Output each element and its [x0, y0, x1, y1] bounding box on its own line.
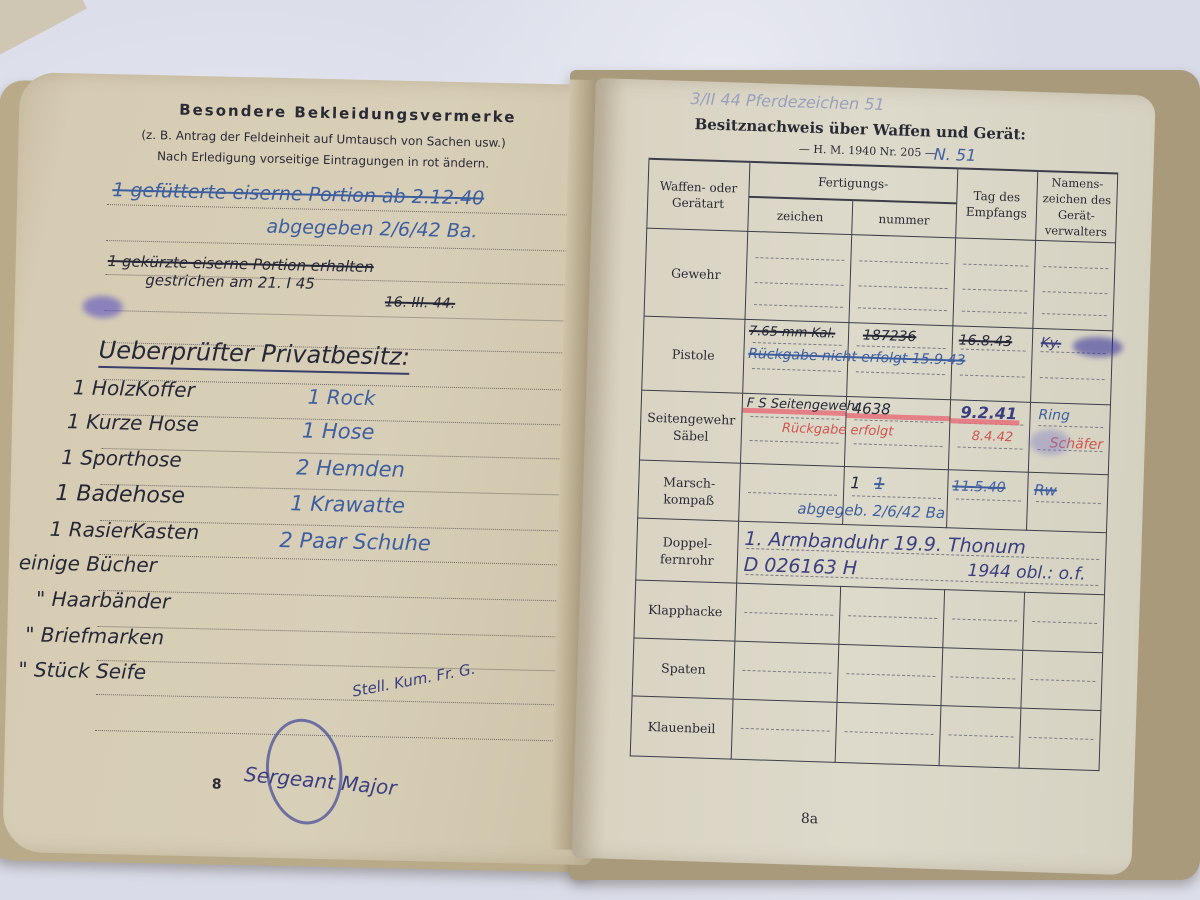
page-number-left: 8 — [212, 777, 222, 793]
faint-pencil-note: 3/II 44 Pferdezeichen 51 — [690, 89, 885, 114]
compass-date: 11.5.40 — [952, 478, 1006, 496]
cell-signature: Ring Schäfer — [1028, 402, 1110, 474]
cell-zeichen — [731, 699, 837, 762]
table-row: Gewehr — [644, 228, 1116, 331]
left-page-title: Besondere Bekleidungsvermerke — [179, 101, 517, 127]
pistol-caliber: 7.65 mm Kal. — [749, 324, 836, 342]
private-item-left: " Stück Seife — [18, 657, 146, 684]
ruled-line — [106, 240, 566, 251]
pistol-date: 16.8.43 — [959, 333, 1013, 351]
cell-zeichen: F S Seitengewehr Rückgabe erfolgt — [740, 393, 846, 466]
row-category: Gewehr — [644, 228, 748, 319]
private-item-right: 1 Rock — [307, 385, 375, 411]
bayonet-return-date: 8.4.42 — [972, 429, 1014, 445]
ruled-line — [99, 554, 559, 565]
private-item-right: 2 Hemden — [296, 455, 405, 481]
row-category: Klauenbeil — [630, 696, 733, 759]
row-category: Marsch- kompaß — [638, 460, 741, 521]
header-date: Tag des Empfangs — [955, 168, 1037, 240]
cell-date: 16.8.43 — [950, 326, 1032, 402]
cell-zeichen — [735, 583, 841, 644]
cell-nummer — [835, 702, 941, 765]
private-item-left: 1 Badehose — [55, 481, 185, 509]
cell-zeichen — [733, 641, 839, 702]
regulation-reference: — H. M. 1940 Nr. 205 — — [799, 142, 936, 159]
cell-signature — [1033, 240, 1116, 330]
cell-date: 9.2.41 8.4.42 — [948, 400, 1030, 472]
compass-initials: Rw — [1034, 481, 1057, 500]
handwritten-entry: abgegeben 2/6/42 Ba. — [266, 216, 477, 243]
private-item-right: 1 Hose — [302, 418, 375, 444]
watch-date-note: 1944 obl.: o.f. — [967, 561, 1086, 585]
handwritten-entry-struck: 16. III. 44. — [385, 294, 456, 312]
ruled-line — [97, 626, 557, 637]
cell-signature: Ky. — [1030, 328, 1112, 404]
cell-date: 11.5.40 abgegeb. 2/6/42 Ba — [946, 470, 1028, 530]
header-nummer: nummer — [852, 200, 957, 238]
row-category: Seitengewehr Säbel — [640, 390, 743, 463]
private-item-left: 1 RasierKasten — [49, 517, 199, 544]
row-category: Doppel- fernrohr — [636, 518, 739, 583]
cell-date — [941, 648, 1023, 708]
header-zeichen: zeichen — [748, 197, 853, 235]
cell-nummer: 187236 — [846, 323, 952, 400]
bayonet-initials: Ring — [1038, 407, 1070, 424]
bayonet-number: 4638 — [852, 399, 891, 418]
watch-entry-line1: 1. Armbanduhr 19.9. Thonum — [744, 528, 1026, 559]
bayonet-date: 9.2.41 — [960, 403, 1017, 424]
right-page-title: Besitznachweis über Waffen und Gerät: — [694, 115, 1026, 143]
private-item-left: 1 Sporthose — [61, 445, 182, 472]
ruled-line — [96, 694, 556, 705]
tablecloth-corner — [0, 0, 87, 65]
cell-zeichen — [745, 231, 852, 322]
cell-date — [939, 706, 1021, 768]
ink-smudge — [82, 295, 122, 318]
ruled-line — [97, 660, 557, 671]
left-page-instructions: (z. B. Antrag der Feldeinheit auf Umtaus… — [123, 124, 524, 175]
cell-zeichen: 7.65 mm Kal. Rückgabe nicht erfolgt 15.9… — [743, 319, 849, 396]
compass-number-struck: 1 — [874, 474, 885, 493]
ruled-line — [105, 310, 565, 321]
pistol-number: 187236 — [863, 328, 917, 346]
private-item-right: 1 Krawatte — [290, 491, 405, 518]
handwritten-entry: gestrichen am 21. I 45 — [145, 271, 315, 293]
private-item-left: einige Bücher — [19, 550, 158, 577]
private-item-left: " Briefmarken — [25, 622, 164, 649]
row-category: Spaten — [632, 638, 735, 699]
right-page: 3/II 44 Pferdezeichen 51 Besitznachweis … — [571, 78, 1155, 875]
private-item-left: 1 Kurze Hose — [67, 409, 199, 436]
equipment-table: Waffen- oder Gerätart Fertigungs- Tag de… — [630, 158, 1119, 771]
cell-signature — [1021, 650, 1103, 710]
cell-signature: Rw — [1026, 472, 1108, 532]
cell-date — [943, 590, 1025, 650]
page-number-right: 8a — [801, 811, 819, 828]
row-category: Klapphacke — [634, 580, 737, 641]
header-signature: Namens- zeichen des Gerät- verwalters — [1036, 171, 1118, 243]
handwritten-number: N. 51 — [933, 145, 976, 165]
cell-nummer — [849, 235, 956, 326]
watch-serial: D 026163 H — [743, 554, 857, 580]
cell-signature — [1019, 708, 1101, 770]
private-possessions-heading: Ueberprüfter Privatbesitz: — [98, 336, 410, 375]
compass-number: 1 — [850, 473, 861, 492]
pistol-initials: Ky. — [1041, 335, 1062, 352]
cell-signature — [1023, 592, 1105, 652]
cell-nummer: 4638 — [844, 397, 950, 470]
cell-nummer — [837, 644, 943, 705]
private-item-left: " Haarbänder — [36, 587, 171, 614]
cell-binoculars-entry: 1. Armbanduhr 19.9. Thonum D 026163 H 19… — [737, 521, 1107, 595]
private-item-left: 1 HolzKoffer — [73, 375, 196, 402]
header-type: Waffen- oder Gerätart — [647, 159, 750, 232]
row-category: Pistole — [642, 316, 745, 393]
private-item-right: 2 Paar Schuhe — [279, 528, 431, 555]
cell-nummer — [839, 586, 945, 647]
left-page: Besondere Bekleidungsvermerke (z. B. Ant… — [2, 72, 610, 865]
cell-date — [953, 238, 1036, 328]
